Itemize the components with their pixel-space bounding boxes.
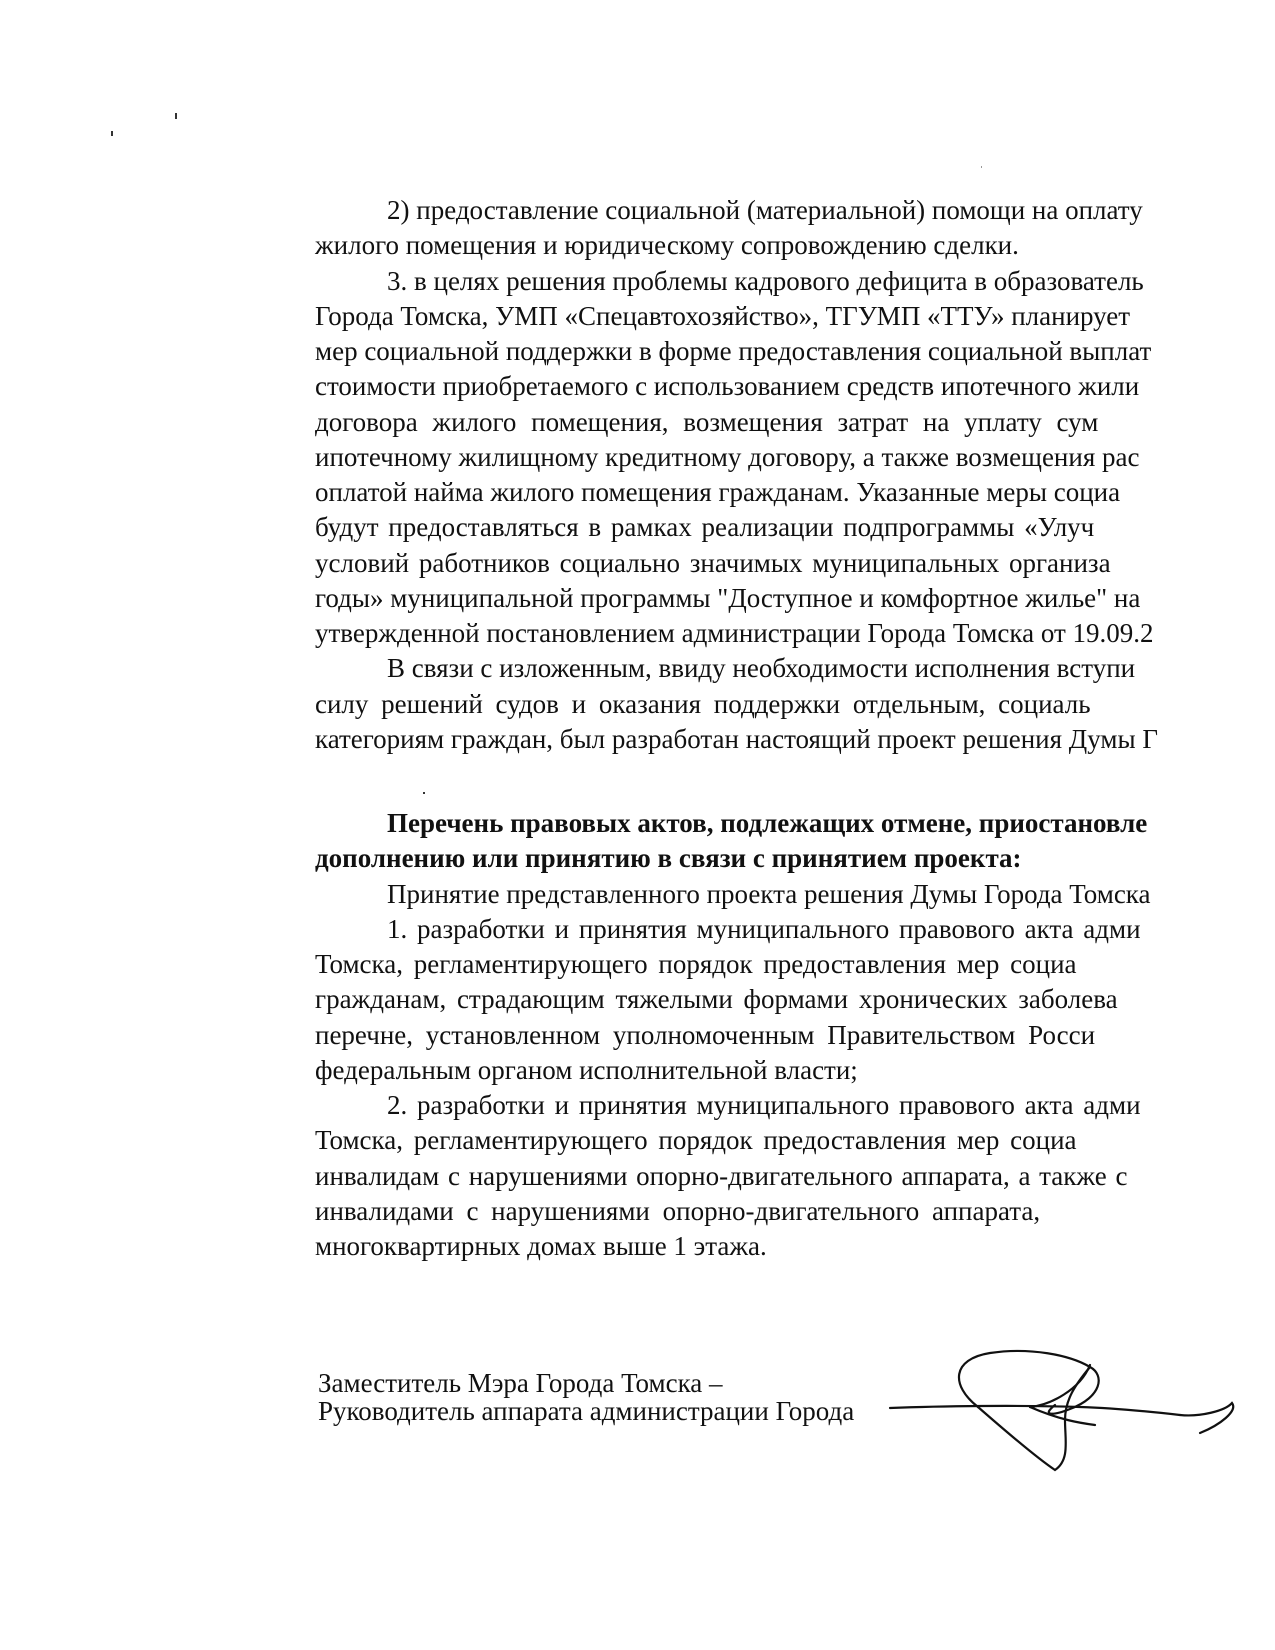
paragraph-line: 1. разработки и принятия муниципального …: [315, 912, 1275, 947]
paragraph-line: многоквартирных домах выше 1 этажа.: [315, 1229, 1275, 1264]
signatory-title: Заместитель Мэра Города Томска – Руковод…: [318, 1369, 854, 1425]
paragraph-line: Принятие представленного проекта решения…: [315, 877, 1275, 912]
paragraph-line: утвержденной постановлением администраци…: [315, 616, 1275, 651]
scan-speck: [175, 113, 177, 119]
scan-speck: [423, 792, 425, 794]
paragraph-line: условий работников социально значимых му…: [315, 546, 1275, 581]
paragraph-line: будут предоставляться в рамках реализаци…: [315, 510, 1275, 545]
paragraph-line: ипотечному жилищному кредитному договору…: [315, 440, 1275, 475]
paragraph-line: стоимости приобретаемого с использование…: [315, 369, 1275, 404]
paragraph-line: инвалидам с нарушениями опорно-двигатель…: [315, 1159, 1275, 1194]
paragraph-line: 2. разработки и принятия муниципального …: [315, 1088, 1275, 1123]
paragraph-line: Томска, регламентирующего порядок предос…: [315, 1123, 1275, 1158]
scan-speck: [981, 166, 982, 168]
handwritten-signature-icon: [880, 1345, 1260, 1475]
paragraph-line: оплатой найма жилого помещения гражданам…: [315, 475, 1275, 510]
signatory-title-line-1: Заместитель Мэра Города Томска –: [318, 1369, 854, 1397]
paragraph-line: 2) предоставление социальной (материальн…: [315, 193, 1275, 228]
paragraph-line: Томска, регламентирующего порядок предос…: [315, 947, 1275, 982]
paragraph-line: Города Томска, УМП «Спецавтохозяйство», …: [315, 299, 1275, 334]
paragraph-line: жилого помещения и юридическому сопровож…: [315, 228, 1275, 263]
paragraph-line: мер социальной поддержки в форме предост…: [315, 334, 1275, 369]
paragraph-line: 3. в целях решения проблемы кадрового де…: [315, 264, 1275, 299]
scan-speck: [111, 131, 113, 136]
paragraph-line: силу решений судов и оказания поддержки …: [315, 687, 1275, 722]
document-page: 2) предоставление социальной (материальн…: [0, 0, 1275, 1650]
paragraph-line: категориям граждан, был разработан насто…: [315, 722, 1275, 757]
heading-line: дополнению или принятию в связи с принят…: [315, 841, 1275, 876]
body-block-1: 2) предоставление социальной (материальн…: [315, 193, 1275, 757]
body-block-2: Принятие представленного проекта решения…: [315, 877, 1275, 1265]
paragraph-line: федеральным органом исполнительной власт…: [315, 1053, 1275, 1088]
paragraph-line: гражданам, страдающим тяжелыми формами х…: [315, 982, 1275, 1017]
heading-line: Перечень правовых актов, подлежащих отме…: [315, 806, 1275, 841]
paragraph-line: В связи с изложенным, ввиду необходимост…: [315, 651, 1275, 686]
paragraph-line: перечне, установленном уполномоченным Пр…: [315, 1018, 1275, 1053]
signatory-title-line-2: Руководитель аппарата администрации Горо…: [318, 1397, 854, 1425]
paragraph-line: инвалидами с нарушениями опорно-двигател…: [315, 1194, 1275, 1229]
paragraph-line: годы» муниципальной программы "Доступное…: [315, 581, 1275, 616]
section-heading: Перечень правовых актов, подлежащих отме…: [315, 806, 1275, 877]
paragraph-line: договора жилого помещения, возмещения за…: [315, 405, 1275, 440]
